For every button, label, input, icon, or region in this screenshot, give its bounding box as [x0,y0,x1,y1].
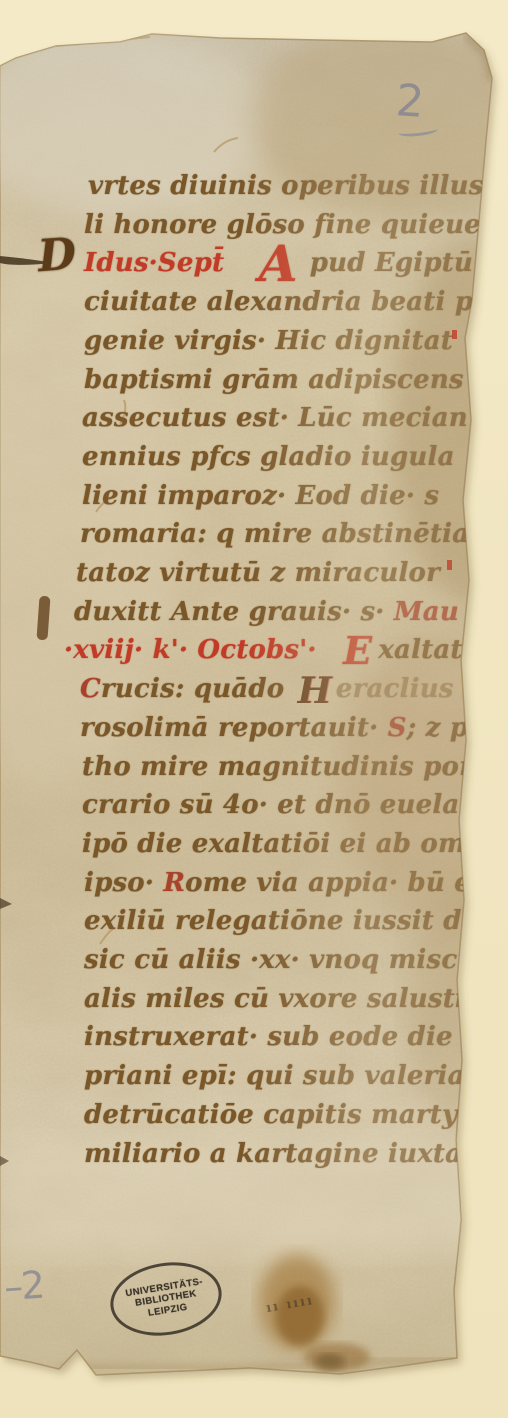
text-segment: detrūcatiōe capitis marty [84,1100,457,1130]
manuscript-line: duxitt Ante grauis· s· Mau [74,595,459,629]
manuscript-line: priani epī: qui sub valeriano [84,1059,501,1093]
text-segment: R [163,868,185,898]
text-segment: sic cū aliis ·xx· vnoq miscui s [84,945,508,975]
manuscript-line: genie virgis· Hic dignitat [84,324,453,358]
text-segment: C [80,674,101,704]
text-segment: baptismi grām adipiscens e [84,365,490,395]
text-segment: rosolimā reportauit· [80,713,388,743]
text-segment: pud Egiptū [310,248,473,278]
manuscript-line: ·xviij· k'· Octobs'· Exaltatio [64,633,490,667]
text-segment: ennius pfcs gladio iugula [82,442,455,472]
manuscript-line: exiliū relegatiōne iussit dec [84,904,494,938]
text-segment: vrtes diuinis operibus illust [88,171,496,201]
text-segment: lieni imparoz· Eod die· s [82,481,439,511]
manuscript-line: romaria: q mire abstinētia [80,517,469,551]
manuscript-line: ciuitate alexandria beati p [84,285,473,319]
manuscript-line: ennius pfcs gladio iugula [82,440,455,474]
text-segment: ipō die exaltatiōi ei ab omī [82,829,476,859]
folio-number-pencil: 2 [394,75,425,128]
text-segment: romaria: q mire abstinētia [80,519,469,549]
text-segment: ciuitate alexandria beati p [84,287,473,317]
text-segment: ome via appia· bū e [185,868,471,898]
text-segment: duxitt Ante grauis· s· [74,597,394,627]
manuscript-line: vrtes diuinis operibus illust [88,169,496,203]
manuscript-line: instruxerat· sub eode die ple [84,1020,507,1054]
manuscript-line: miliario a kartagine iuxta· [84,1137,471,1171]
manuscript-line: assecutus est· Lūc mecian [82,401,468,435]
text-segment: crario sū 4o· et dnō euelante [82,790,508,820]
manuscript-line: ipso· Rome via appia· bū e [84,866,471,900]
manuscript-line: detrūcatiōe capitis marty [84,1098,457,1132]
manuscript-line: Idus·Sept̄ Apud Egiptū [84,246,473,280]
margin-initial-d: D [36,229,78,283]
text-segment: tho mire magnitudinis por [82,752,473,782]
manuscript-line: tatoz virtutū z miraculor [76,556,440,590]
manuscript-line: crario sū 4o· et dnō euelante [82,788,508,822]
manuscript-line: Crucis: quādo Heraclius ihe [80,672,508,706]
manuscript-line: baptismi grām adipiscens e [84,363,490,397]
manuscript-line: alis miles cū vxore salustia [84,982,482,1016]
text-segment: ·xviij· k'· Octobs'· [64,635,335,665]
text-segment: rucis: quādo [101,674,294,704]
text-segment: priani epī: qui sub valeriano [84,1061,501,1091]
manuscript-line: rosolimā reportauit· S; z pa [80,711,485,745]
manuscript-line: ipō die exaltatiōi ei ab omī [82,827,476,861]
manuscript-text-block: vrtes diuinis operibus illustli honore g… [0,0,508,1418]
text-segment: H [294,670,336,712]
manuscript-line: sic cū aliis ·xx· vnoq miscui s [84,943,508,977]
text-segment: miliario a kartagine iuxta· [84,1139,471,1169]
manuscript-line: tho mire magnitudinis por [82,750,473,784]
text-segment: assecutus est· Lūc mecian [82,403,468,433]
manuscript-scan: vrtes diuinis operibus illustli honore g… [0,0,508,1418]
text-segment: E [335,628,378,673]
manuscript-line: lieni imparoz· Eod die· s [82,479,439,513]
text-segment: Idus·Sept̄ [84,248,243,278]
text-segment: alis miles cū vxore salustia [84,984,482,1014]
pencil-mark-bottom-left: –2 [3,1263,45,1310]
text-segment: instruxerat· sub eode die ple [84,1022,507,1052]
text-segment: exiliū relegatiōne iussit dec [84,906,494,936]
text-segment: ipso· [84,868,163,898]
text-segment: genie virgis· Hic dignitat [84,326,453,356]
text-segment: tatoz virtutū z miraculor [76,558,440,588]
text-segment: Mau [394,597,459,627]
text-segment: S [388,713,407,743]
